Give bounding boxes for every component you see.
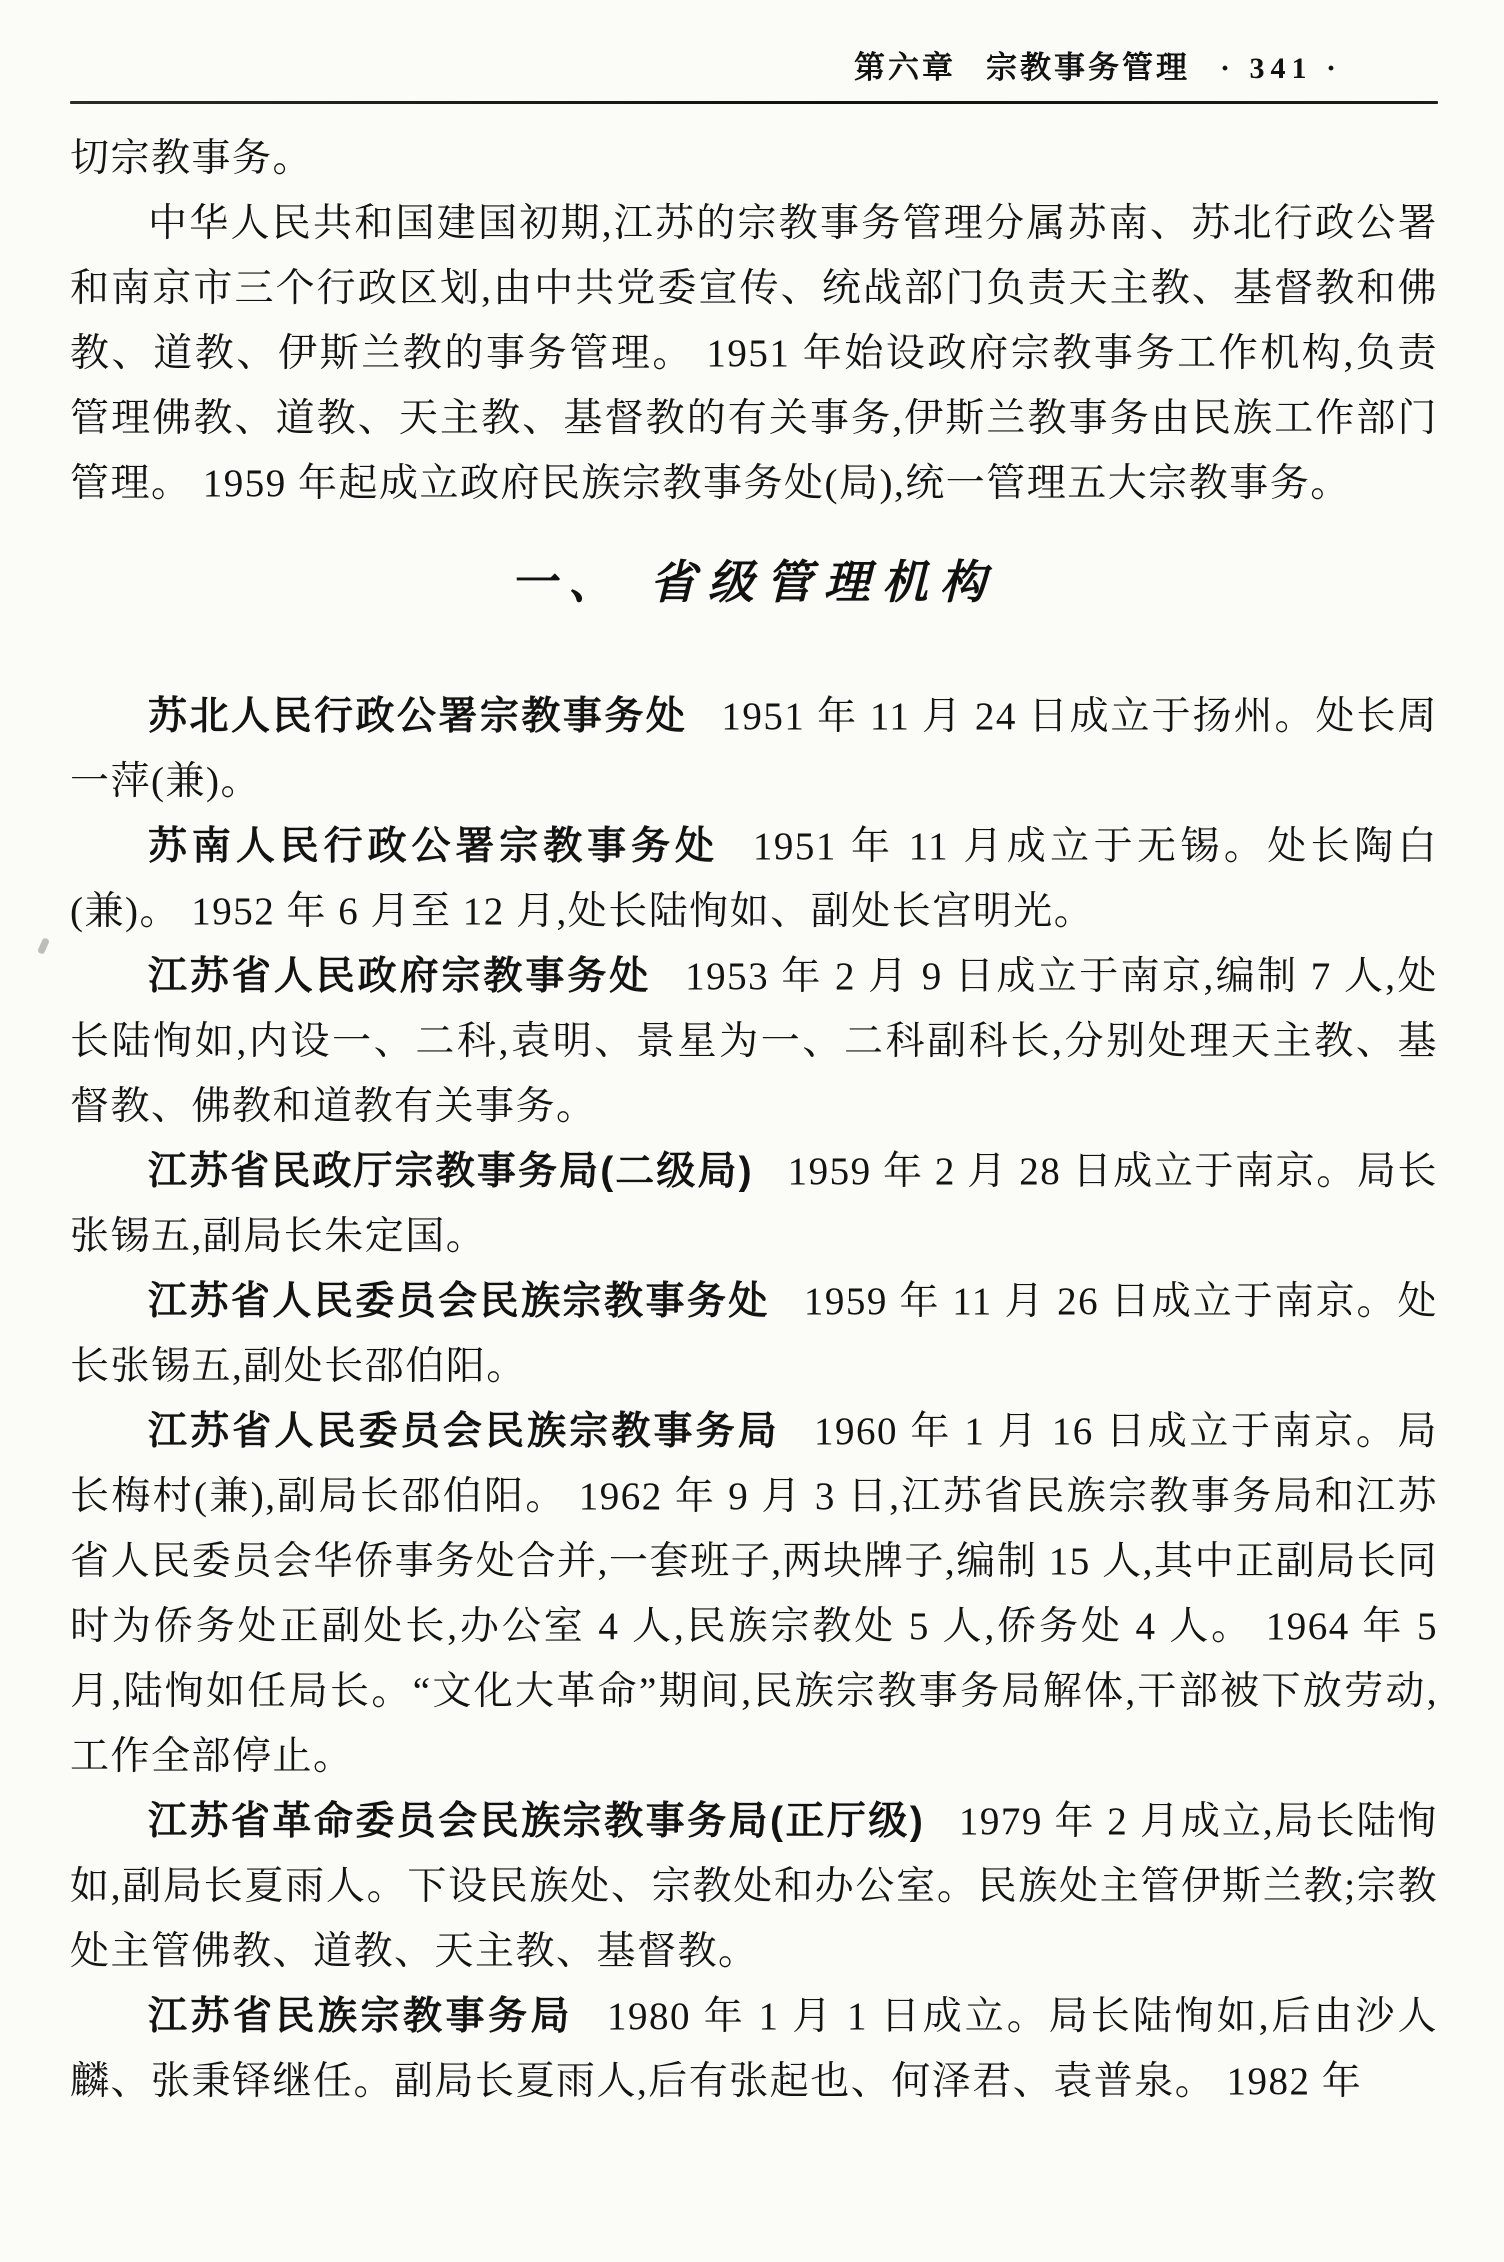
entry-paragraph: 江苏省革命委员会民族宗教事务局(正厅级)1979 年 2 月成立,局长陆恂如,副…	[70, 1789, 1438, 1984]
entry-paragraph: 苏南人民行政公署宗教事务处1951 年 11 月成立于无锡。处长陶白(兼)。 1…	[70, 814, 1438, 944]
entry-paragraph: 苏北人民行政公署宗教事务处1951 年 11 月 24 日成立于扬州。处长周一萍…	[70, 684, 1438, 814]
entry-term: 江苏省革命委员会民族宗教事务局(正厅级)	[148, 1800, 925, 1843]
intro-paragraph: 中华人民共和国建国初期,江苏的宗教事务管理分属苏南、苏北行政公署和南京市三个行政…	[70, 191, 1438, 516]
section-heading: 一、 省级管理机构	[70, 548, 1438, 618]
body-text: 切宗教事务。 中华人民共和国建国初期,江苏的宗教事务管理分属苏南、苏北行政公署和…	[70, 126, 1438, 2114]
header-rule	[70, 101, 1438, 104]
entry-paragraph: 江苏省民族宗教事务局1980 年 1 月 1 日成立。局长陆恂如,后由沙人麟、张…	[70, 1984, 1438, 2114]
entry-term: 江苏省人民政府宗教事务处	[148, 955, 651, 998]
entry-paragraph: 江苏省人民政府宗教事务处1953 年 2 月 9 日成立于南京,编制 7 人,处…	[70, 944, 1438, 1139]
entry-term: 苏北人民行政公署宗教事务处	[148, 695, 687, 738]
entry-term: 江苏省民政厅宗教事务局(二级局)	[148, 1150, 754, 1193]
entry-text: 1960 年 1 月 16 日成立于南京。局长梅村(兼),副局长邵伯阳。 196…	[70, 1410, 1438, 1778]
page-number: · 341 ·	[1220, 52, 1342, 86]
entry-paragraph: 江苏省人民委员会民族宗教事务局1960 年 1 月 16 日成立于南京。局长梅村…	[70, 1399, 1438, 1789]
entry-term: 苏南人民行政公署宗教事务处	[148, 825, 719, 868]
entry-paragraph: 江苏省人民委员会民族宗教事务处1959 年 11 月 26 日成立于南京。处长张…	[70, 1269, 1438, 1399]
running-head: 第六章 宗教事务管理 · 341 ·	[70, 0, 1438, 101]
chapter-title: 宗教事务管理	[986, 42, 1190, 87]
chapter-label: 第六章	[854, 42, 956, 87]
carryover-line: 切宗教事务。	[70, 126, 1438, 191]
entry-paragraph: 江苏省民政厅宗教事务局(二级局)1959 年 2 月 28 日成立于南京。局长张…	[70, 1139, 1438, 1269]
scanned-book-page: 第六章 宗教事务管理 · 341 · 切宗教事务。 中华人民共和国建国初期,江苏…	[0, 0, 1504, 2262]
entries-list: 苏北人民行政公署宗教事务处1951 年 11 月 24 日成立于扬州。处长周一萍…	[70, 684, 1438, 2114]
entry-term: 江苏省人民委员会民族宗教事务处	[148, 1280, 770, 1323]
entry-term: 江苏省人民委员会民族宗教事务局	[148, 1410, 780, 1453]
entry-term: 江苏省民族宗教事务局	[148, 1995, 573, 2038]
scan-artifact	[37, 937, 50, 954]
